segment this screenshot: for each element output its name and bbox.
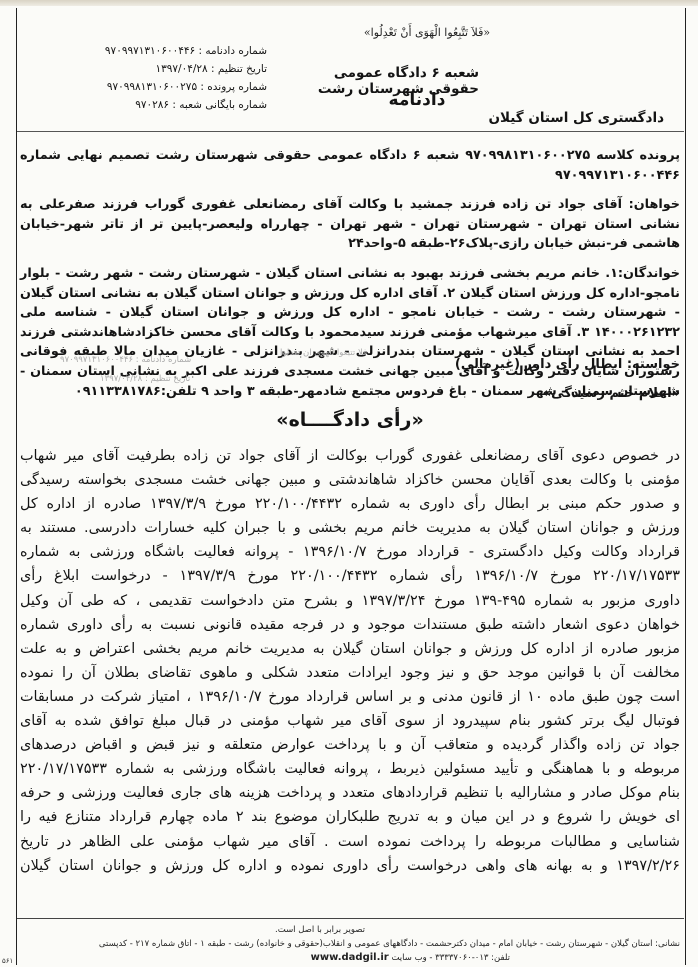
document-meta: شماره دادنامه : ۹۷۰۹۹۷۱۳۱۰۶۰۰۴۴۶ تاریخ ت… <box>77 42 267 114</box>
verdict-line: خواهان دعوی اشعار داشته طبق مستندات موجو… <box>20 613 680 637</box>
verdict-line: ای خویش را شروع و در این میان و به تدریج… <box>20 805 680 829</box>
verdict-body: در خصوص دعوی آقای رمضانعلی غفوری گوراب ب… <box>20 444 680 878</box>
plaintiff: خواهان: آقای جواد تن زاده فرزند جمشید با… <box>20 195 680 254</box>
date-row: تاریخ تنظیم : ۱۳۹۷/۰۴/۲۸ <box>77 60 267 78</box>
verdict-line: ۱۳۹۷/۲/۲۶ و به بهانه های واهی درخواست رأ… <box>20 854 680 878</box>
issue-date: ۱۳۹۷/۰۴/۲۸ <box>155 63 207 75</box>
verdict-line: مزبور صادره از اداره کل ورزش و جوانان اس… <box>20 637 680 661</box>
verdict-line: در خصوص دعوی آقای رمضانعلی غفوری گوراب ب… <box>20 444 680 468</box>
ghost-verdict-number: شماره دادنامه : ۹۷۰۹۹۷۱۳۱۰۶۰۰۴۴۶ <box>60 355 191 365</box>
verdict-line: بنام موکل صادر و مشارالیه با تنظیم قرارد… <box>20 781 680 805</box>
verdict-line: قرارداد وکالت وکیل دادگستری - قرارداد مو… <box>20 540 680 564</box>
verdict-number-row: شماره دادنامه : ۹۷۰۹۹۷۱۳۱۰۶۰۰۴۴۶ <box>77 42 267 60</box>
certified-copy-note: تصویر برابر با اصل است. <box>20 923 680 937</box>
verdict-line: داوری مزبور به شماره ۴۹۵-۱۳۹ مورخ ۱۳۹۷/۳… <box>20 589 680 613</box>
ghost-verse: فلا تتبعوا الهوی ان تعدلوا <box>280 348 367 358</box>
case-number: ۹۷۰۹۹۸۱۳۱۰۶۰۰۲۷۵ <box>107 81 197 93</box>
verdict-title: «رأی دادگــــاه» <box>250 409 450 431</box>
document-footer: تصویر برابر با اصل است. نشانی: استان گیل… <box>20 923 680 965</box>
header-divider <box>17 131 684 132</box>
case-number-label: شماره پرونده : <box>200 81 267 93</box>
verdict-line: فوتبال لیگ برتر کشور بنام سپیدرود از سوی… <box>20 709 680 733</box>
verdict-line: ۲۲۰/۱۷/۱۷۵۳۳ مورخ ۱۳۹۶/۱۰/۷ رأی شماره ۲۲… <box>20 564 680 588</box>
page-code: ۵۶۱ <box>2 957 13 965</box>
phone: تلفن: ۰۱۳-۳۳۳۳۷۰۶۰ - وب سایت <box>391 953 510 963</box>
announcement: «اعلام ختم رسیدگی» <box>380 379 680 408</box>
case-number-row: شماره پرونده : ۹۷۰۹۹۸۱۳۱۰۶۰۰۲۷۵ <box>77 78 267 96</box>
scan-top-edge <box>0 0 698 6</box>
file-line: پرونده کلاسه ۹۷۰۹۹۸۱۳۱۰۶۰۰۲۷۵ شعبه ۶ داد… <box>20 146 680 185</box>
verdict-number-label: شماره دادنامه : <box>199 45 268 57</box>
verdict-line: مخالفت آن با قوانین موجد حق و نیز وجود ا… <box>20 661 680 685</box>
archive-number: ۹۷۰۲۸۶ <box>135 99 169 111</box>
document-title: دادنامه <box>357 90 477 110</box>
ghost-date: تاریخ تنظیم : ۱۳۹۷/۰۴/۲۸ <box>100 374 190 384</box>
verdict-number: ۹۷۰۹۹۷۱۳۱۰۶۰۰۴۴۶ <box>105 45 195 57</box>
verdict-line: است چون طبق ماده ۱۰ از قانون مدنی و بر ا… <box>20 685 680 709</box>
verdict-line: شناسایی و مطالبات مربوطه را پرداخت نموده… <box>20 830 680 854</box>
organization-name: دادگستری کل استان گیلان <box>489 110 665 126</box>
verdict-line: ورزش و جوانان استان گیلان به مدیریت خانم… <box>20 516 680 540</box>
court-address: نشانی: استان گیلان - شهرستان رشت - خیابا… <box>20 937 680 951</box>
request: خواسته: ابطال رأی داور (غیرمالی) <box>380 350 680 379</box>
verdict-line: مربوطه و با هماهنگی و تأیید مسئولین ذیرب… <box>20 757 680 781</box>
website-link[interactable]: www.dadgil.ir <box>311 952 389 963</box>
date-label: تاریخ تنظیم : <box>211 63 267 75</box>
verdict-line: مؤمنی با وکالت بعدی آقایان محسن خاکزاد ش… <box>20 468 680 492</box>
quran-verse: «فَلاَ تَتَّبِعُوا الْهَوَى أَنْ تَعْدِل… <box>347 26 507 39</box>
archive-number-label: شماره بایگانی شعبه : <box>172 99 267 111</box>
document-header: «فَلاَ تَتَّبِعُوا الْهَوَى أَنْ تَعْدِل… <box>17 8 684 130</box>
verdict-line: جواد تن زاده واگذار گردیده و متعاقب آن و… <box>20 733 680 757</box>
case-request: خواسته: ابطال رأی داور (غیرمالی) «اعلام … <box>380 350 680 408</box>
verdict-line: و صدور حکم مبنی بر ابطال رأی داوری به شم… <box>20 492 680 516</box>
court-branch: شعبه ۶ دادگاه عمومی حقوقی شهرستان رشت <box>279 65 679 97</box>
archive-number-row: شماره بایگانی شعبه : ۹۷۰۲۸۶ <box>77 96 267 114</box>
footer-divider <box>17 918 684 919</box>
contact-line: تلفن: ۰۱۳-۳۳۳۳۷۰۶۰ - وب سایت www.dadgil.… <box>20 951 680 965</box>
